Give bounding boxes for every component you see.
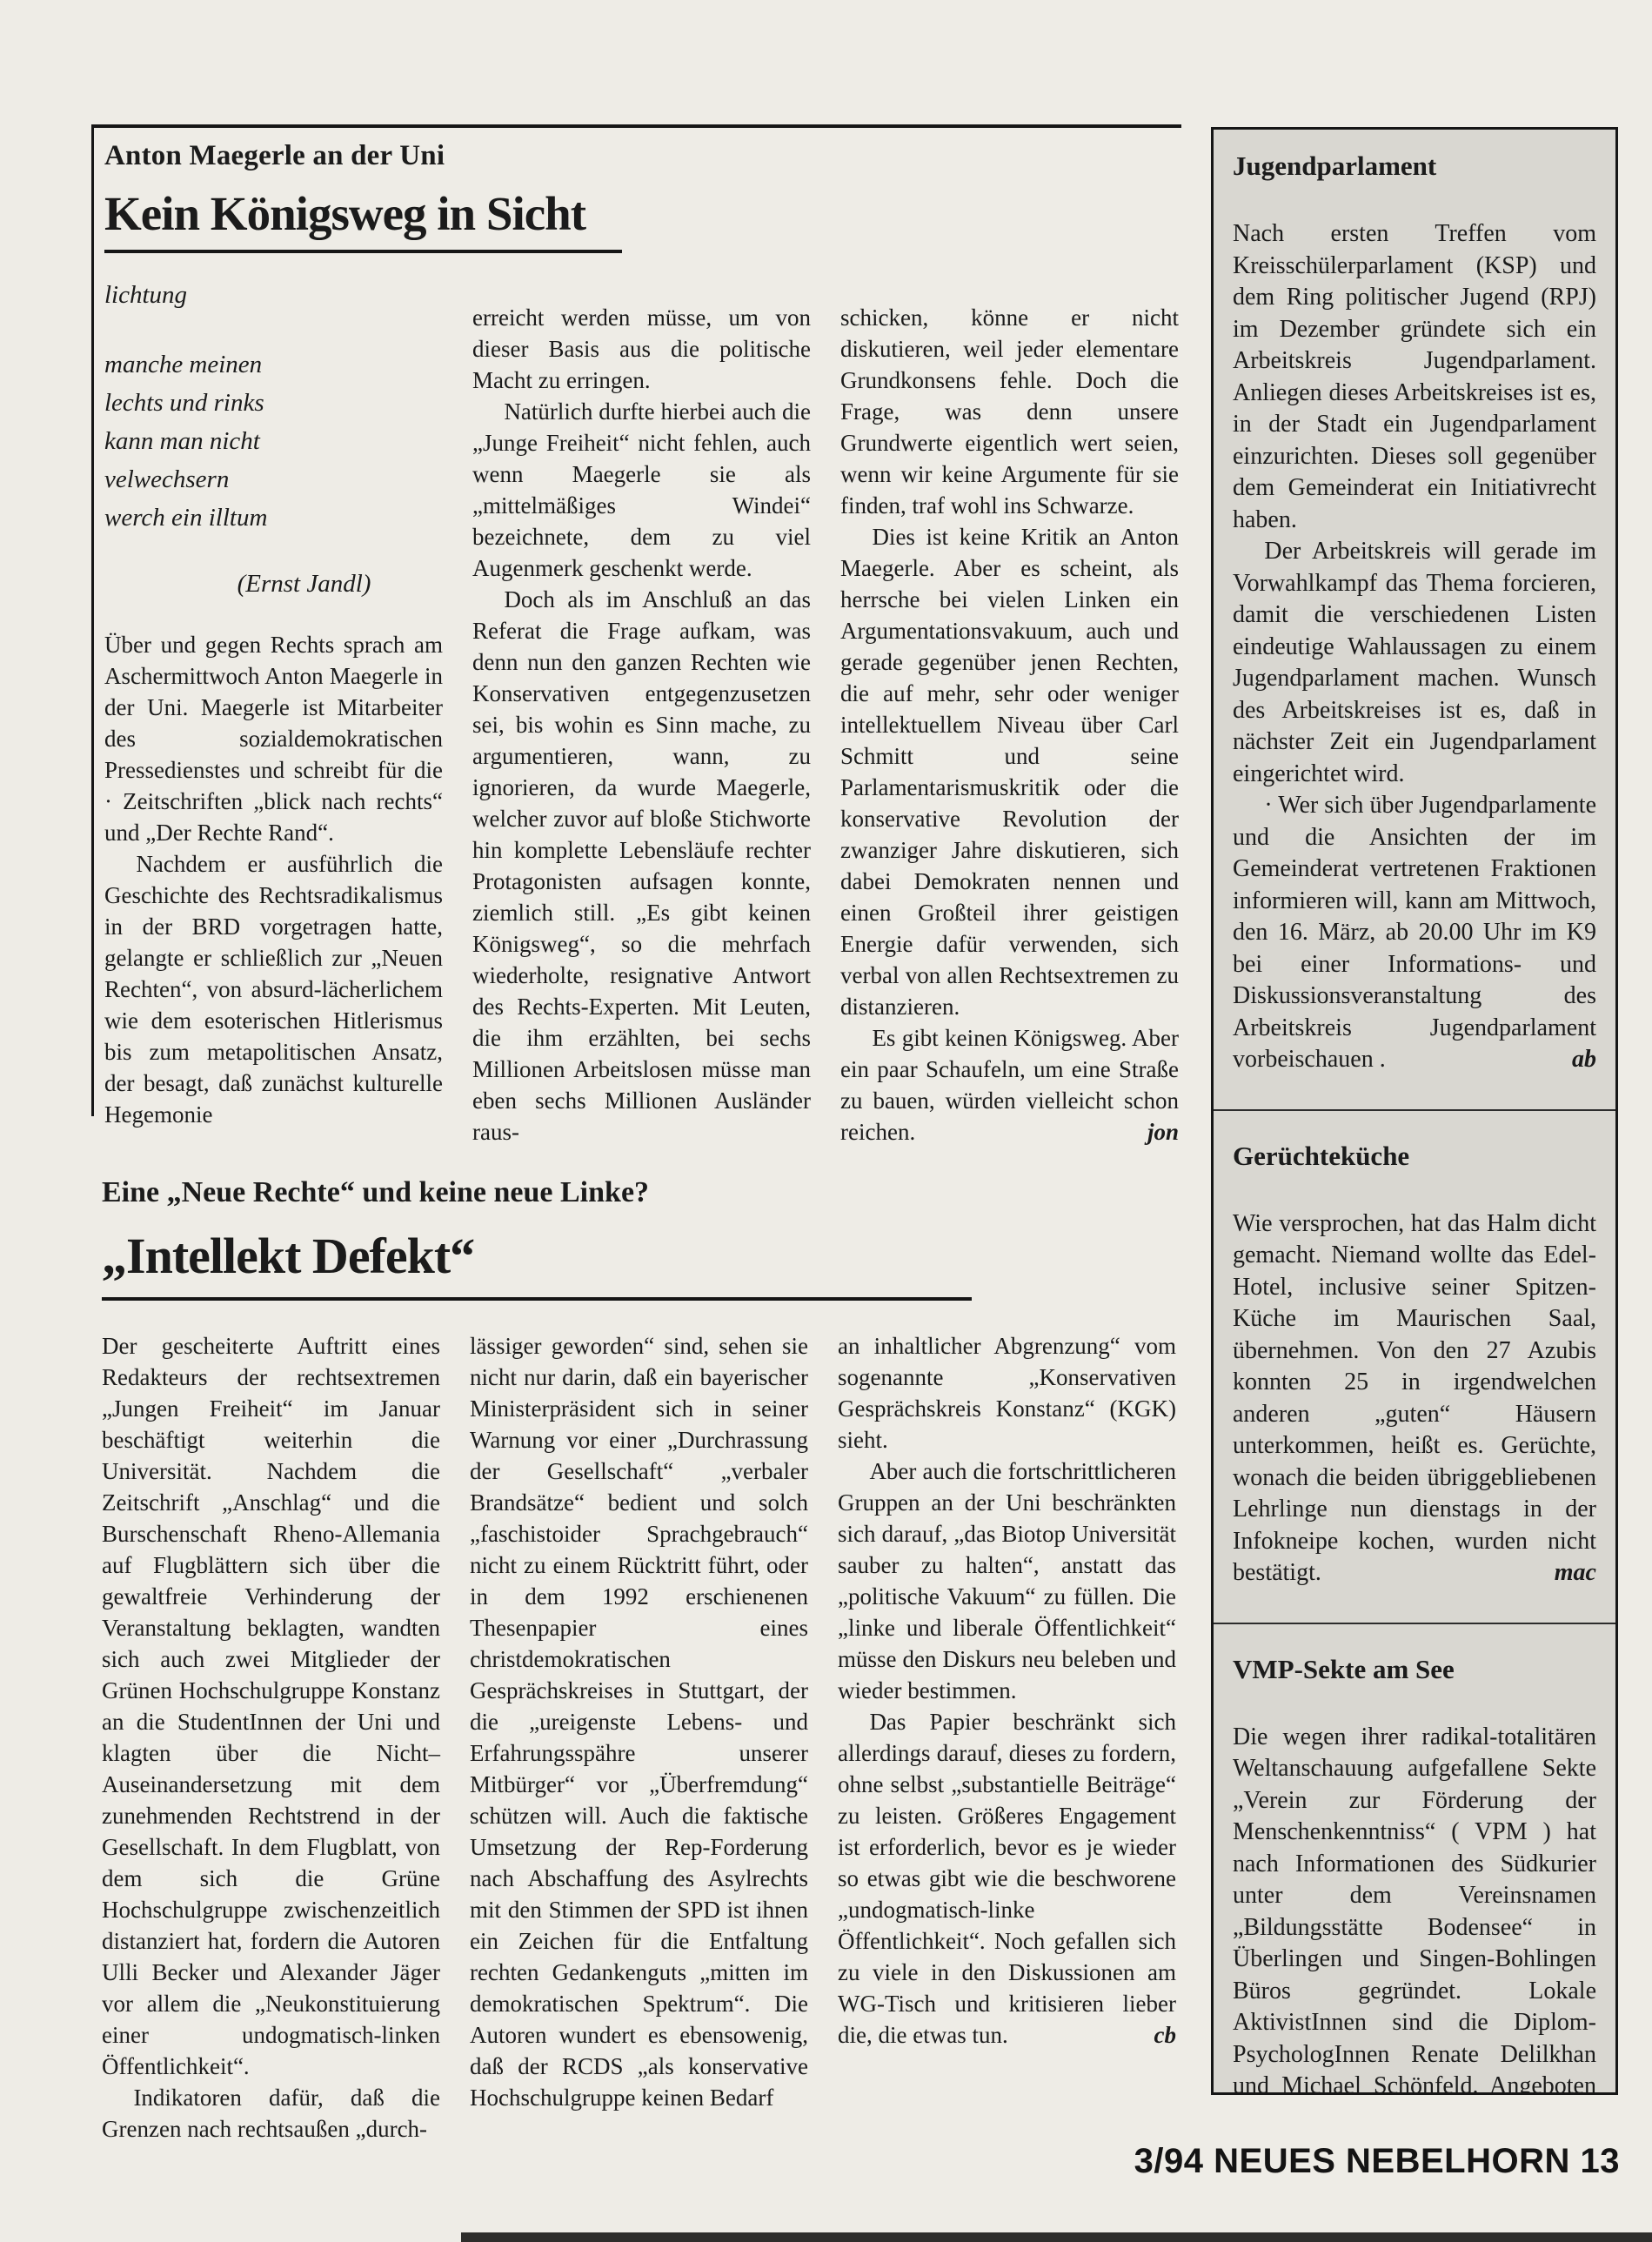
sidebar-box: Jugendparlament Nach ersten Treffen vom … — [1211, 127, 1618, 2095]
paragraph: Der gescheiterte Auftritt eines Redakteu… — [102, 1330, 440, 2082]
article-1-column-2: erreicht werden müsse, um von dieser Bas… — [472, 276, 811, 1148]
poem-line: lechts und rinks — [104, 384, 443, 422]
author-initials: ab — [1541, 1044, 1596, 1076]
paragraph-text: Die wegen ihrer radikal-totalitären Welt… — [1233, 1723, 1596, 2096]
poem-attribution: (Ernst Jandl) — [104, 565, 443, 603]
paragraph-text: Doch als im Anschluß an das Referat die … — [472, 586, 811, 1145]
article-2-columns: Der gescheiterte Auftritt eines Redakteu… — [102, 1330, 1181, 2145]
paragraph: Dies ist keine Kritik an Anton Maegerle.… — [840, 521, 1179, 1022]
poem-lines: manche meinenlechts und rinkskann man ni… — [104, 345, 443, 537]
article-2-col-2-text: lässiger geworden“ sind, sehen sie nicht… — [470, 1330, 808, 2113]
paragraph: an inhaltlicher Abgrenzung“ vom sogenann… — [838, 1330, 1176, 1456]
sidebar-section-text: Nach ersten Treffen vom Kreisschülerparl… — [1233, 218, 1596, 1076]
poem-line: kann man nicht — [104, 422, 443, 460]
page-footer: 3/94 NEUES NEBELHORN 13 — [1134, 2142, 1620, 2181]
poem-title: lichtung — [104, 276, 443, 314]
article-1-column-3: schicken, könne er nicht diskutieren, we… — [840, 276, 1179, 1148]
paragraph: Indikatoren dafür, daß die Grenzen nach … — [102, 2082, 440, 2145]
paragraph: Die wegen ihrer radikal-totalitären Welt… — [1233, 1722, 1596, 2096]
paragraph: Das Papier beschränkt sich allerdings da… — [838, 1706, 1176, 2051]
paragraph-text: Indikatoren dafür, daß die Grenzen nach … — [102, 2085, 440, 2142]
article-1-col-2-text: erreicht werden müsse, um von dieser Bas… — [472, 302, 811, 1148]
article-1-col-1-text: Über und gegen Rechts sprach am Aschermi… — [104, 629, 443, 1130]
article-1-column-1: lichtung manche meinenlechts und rinkska… — [104, 276, 443, 1148]
paragraph-text: Der Arbeitskreis will gerade im Vorwahlk… — [1233, 538, 1596, 787]
paragraph: Über und gegen Rechts sprach am Aschermi… — [104, 629, 443, 848]
section-separator — [1214, 1109, 1615, 1111]
article-2-headline: „Intellekt Defekt“ — [102, 1227, 972, 1301]
paragraph: lässiger geworden“ sind, sehen sie nicht… — [470, 1330, 808, 2113]
paragraph: Nach ersten Treffen vom Kreisschülerparl… — [1233, 218, 1596, 536]
paragraph: Nachdem er ausführlich die Geschichte de… — [104, 848, 443, 1130]
paragraph-text: schicken, könne er nicht diskutieren, we… — [840, 305, 1179, 519]
article-1-col-3-text: schicken, könne er nicht diskutieren, we… — [840, 302, 1179, 1148]
paragraph: Es gibt keinen Königsweg. Aber ein paar … — [840, 1022, 1179, 1148]
poem-line: werch ein illtum — [104, 499, 443, 537]
author-initials: jon — [1116, 1116, 1179, 1148]
paragraph: Doch als im Anschluß an das Referat die … — [472, 584, 811, 1148]
sidebar-section-text: Die wegen ihrer radikal-totalitären Welt… — [1233, 1722, 1596, 2096]
paragraph-text: Nach ersten Treffen vom Kreisschülerparl… — [1233, 220, 1596, 533]
jandl-poem: lichtung manche meinenlechts und rinkska… — [104, 276, 443, 603]
sidebar-section-title: Gerüchteküche — [1233, 1141, 1596, 1172]
paragraph-text: lässiger geworden“ sind, sehen sie nicht… — [470, 1333, 808, 2111]
article-2-col-1-text: Der gescheiterte Auftritt eines Redakteu… — [102, 1330, 440, 2145]
poem-line: manche meinen — [104, 345, 443, 384]
paragraph-text: Das Papier beschränkt sich allerdings da… — [838, 1709, 1176, 2048]
article-1-columns: lichtung manche meinenlechts und rinkska… — [104, 276, 1181, 1148]
scan-edge-artifact — [461, 2232, 1652, 2242]
paragraph: Natürlich durfte hierbei auch die „Junge… — [472, 396, 811, 584]
article-2-kicker: Eine „Neue Rechte“ und keine neue Linke? — [102, 1176, 1181, 1209]
paragraph-text: Nachdem er ausführlich die Geschichte de… — [104, 851, 443, 1128]
section-separator — [1214, 1623, 1615, 1624]
paragraph-text: erreicht werden müsse, um von dieser Bas… — [472, 305, 811, 393]
paragraph-text: · Wer sich über Jugendparlamente und die… — [1233, 792, 1596, 1073]
paragraph: Wie versprochen, hat das Halm dicht gema… — [1233, 1208, 1596, 1589]
article-2-column-1: Der gescheiterte Auftritt eines Redakteu… — [102, 1330, 440, 2145]
sidebar-section-geruechtekueche: Gerüchteküche Wie versprochen, hat das H… — [1233, 1141, 1596, 1589]
paragraph-text: Wie versprochen, hat das Halm dicht gema… — [1233, 1210, 1596, 1587]
paragraph-text: an inhaltlicher Abgrenzung“ vom sogenann… — [838, 1333, 1176, 1453]
paragraph: Aber auch die fortschrittlicheren Gruppe… — [838, 1456, 1176, 1706]
paragraph: schicken, könne er nicht diskutieren, we… — [840, 302, 1179, 521]
page: { "article1": { "kicker": "Anton Maegerl… — [0, 0, 1652, 2242]
paragraph-text: Aber auch die fortschrittlicheren Gruppe… — [838, 1458, 1176, 1703]
sidebar-section-title: VMP-Sekte am See — [1233, 1654, 1596, 1685]
author-initials: cb — [1122, 2019, 1176, 2051]
article-1-kicker: Anton Maegerle an der Uni — [104, 140, 1181, 172]
poem-line: velwechsern — [104, 460, 443, 499]
article-1-headline: Kein Königsweg in Sicht — [104, 186, 622, 253]
sidebar-section-title: Jugendparlament — [1233, 151, 1596, 182]
paragraph-text: Über und gegen Rechts sprach am Aschermi… — [104, 632, 443, 846]
author-initials: mac — [1555, 1557, 1596, 1589]
paragraph-text: Der gescheiterte Auftritt eines Redakteu… — [102, 1333, 440, 2079]
article-2-column-3: an inhaltlicher Abgrenzung“ vom sogenann… — [838, 1330, 1176, 2145]
article-intellekt-defekt: Eine „Neue Rechte“ und keine neue Linke?… — [91, 1176, 1181, 2145]
article-2-column-2: lässiger geworden“ sind, sehen sie nicht… — [470, 1330, 808, 2145]
paragraph-text: Natürlich durfte hierbei auch die „Junge… — [472, 398, 811, 581]
sidebar-section-jugendparlament: Jugendparlament Nach ersten Treffen vom … — [1233, 151, 1596, 1076]
paragraph: Der Arbeitskreis will gerade im Vorwahlk… — [1233, 536, 1596, 790]
sidebar-section-vmp-sekte: VMP-Sekte am See Die wegen ihrer radikal… — [1233, 1654, 1596, 2096]
article-koenigsweg: Anton Maegerle an der Uni Kein Königsweg… — [91, 124, 1181, 1116]
paragraph: erreicht werden müsse, um von dieser Bas… — [472, 302, 811, 396]
article-2-col-3-text: an inhaltlicher Abgrenzung“ vom sogenann… — [838, 1330, 1176, 2051]
sidebar-section-text: Wie versprochen, hat das Halm dicht gema… — [1233, 1208, 1596, 1589]
paragraph-text: Dies ist keine Kritik an Anton Maegerle.… — [840, 524, 1179, 1020]
paragraph: · Wer sich über Jugendparlamente und die… — [1233, 790, 1596, 1076]
